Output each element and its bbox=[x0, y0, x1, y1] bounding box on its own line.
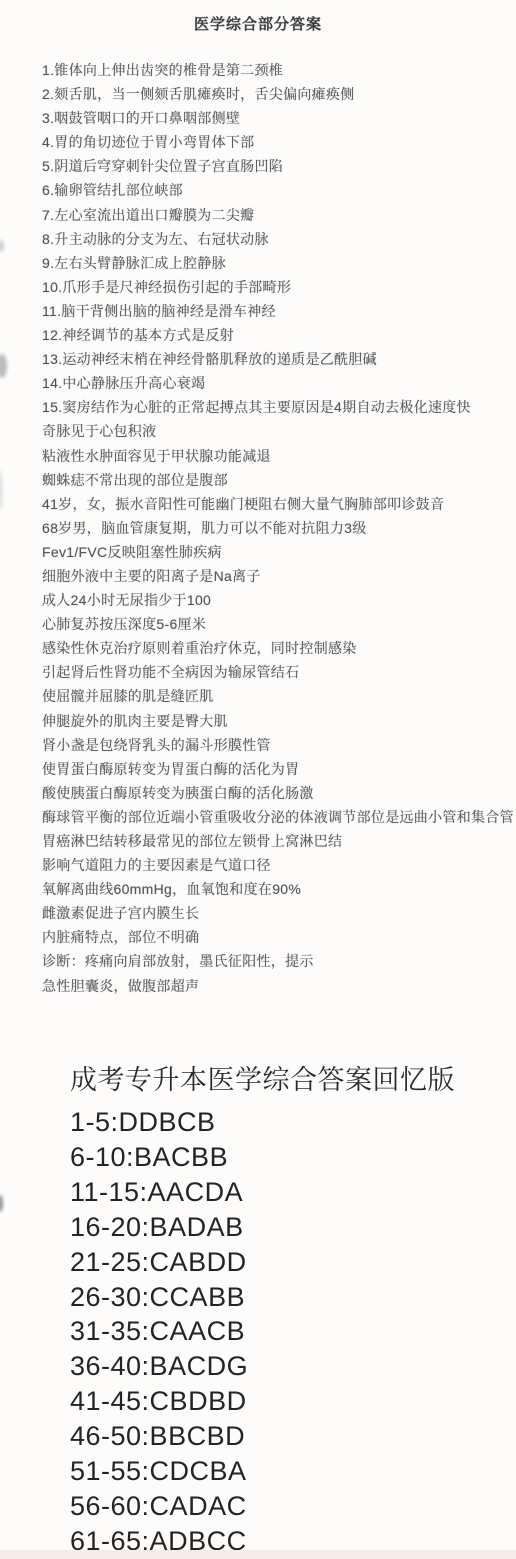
note-line: Fev1/FVC反映阻塞性肺疾病 bbox=[42, 540, 512, 564]
medical-notes-list: 1.锥体向上伸出齿突的椎骨是第二颈椎2.颏舌肌，当一侧颏舌肌瘫痪时，舌尖偏向瘫痪… bbox=[42, 58, 512, 998]
note-line: 2.颏舌肌，当一侧颏舌肌瘫痪时，舌尖偏向瘫痪侧 bbox=[42, 82, 512, 106]
note-line: 内脏痛特点，部位不明确 bbox=[42, 925, 512, 949]
document-page: 医学综合部分答案 1.锥体向上伸出齿突的椎骨是第二颈椎2.颏舌肌，当一侧颏舌肌瘫… bbox=[0, 0, 516, 1559]
answer-key-line: 1-5:DDBCB bbox=[70, 1105, 516, 1140]
note-line: 3.咽鼓管咽口的开口鼻咽部侧壁 bbox=[42, 106, 512, 130]
answer-key-line: 11-15:AACDA bbox=[70, 1175, 516, 1210]
note-line: 6.输卵管结扎部位峡部 bbox=[42, 178, 512, 202]
answer-key-line: 16-20:BADAB bbox=[70, 1210, 516, 1245]
note-line: 使胃蛋白酶原转变为胃蛋白酶的活化为胃 bbox=[42, 757, 512, 781]
note-line: 12.神经调节的基本方式是反射 bbox=[42, 323, 512, 347]
section2-title: 成考专升本医学综合答案回忆版 bbox=[70, 1058, 516, 1097]
note-line: 使屈髋并屈膝的肌是缝匠肌 bbox=[42, 684, 512, 708]
answer-key-line: 56-60:CADAC bbox=[70, 1489, 516, 1524]
scan-artifact bbox=[0, 240, 4, 252]
note-line: 伸腿旋外的肌肉主要是臀大肌 bbox=[42, 709, 512, 733]
note-line: 细胞外液中主要的阳离子是Na离子 bbox=[42, 564, 512, 588]
note-line: 15.窦房结作为心脏的正常起搏点其主要原因是4期自动去极化速度快 bbox=[42, 395, 512, 419]
note-line: 酶球管平衡的部位近端小管重吸收分泌的体液调节部位是远曲小管和集合管 bbox=[42, 805, 512, 829]
answer-key-line: 41-45:CBDBD bbox=[70, 1384, 516, 1419]
note-line: 5.阴道后穹穿刺针尖位置子宫直肠凹陷 bbox=[42, 154, 512, 178]
answer-key-line: 31-35:CAACB bbox=[70, 1314, 516, 1349]
note-line: 7.左心室流出道出口瓣膜为二尖瓣 bbox=[42, 203, 512, 227]
answer-key-line: 21-25:CABDD bbox=[70, 1245, 516, 1280]
note-line: 1.锥体向上伸出齿突的椎骨是第二颈椎 bbox=[42, 58, 512, 82]
answer-key-line: 46-50:BBCBD bbox=[70, 1419, 516, 1454]
note-line: 成人24小时无尿指少于100 bbox=[42, 588, 512, 612]
scan-artifact bbox=[0, 354, 7, 378]
note-line: 68岁男，脑血管康复期，肌力可以不能对抗阻力3级 bbox=[42, 516, 512, 540]
note-line: 氧解离曲线60mmHg，血氧饱和度在90% bbox=[42, 877, 512, 901]
note-line: 诊断：疼痛向肩部放射，墨氏征阳性，提示 bbox=[42, 949, 512, 973]
note-line: 引起肾后性肾功能不全病因为输尿管结石 bbox=[42, 660, 512, 684]
note-line: 11.脑干背侧出脑的脑神经是滑车神经 bbox=[42, 299, 512, 323]
note-line: 8.升主动脉的分支为左、右冠状动脉 bbox=[42, 227, 512, 251]
answer-key-line: 6-10:BACBB bbox=[70, 1140, 516, 1175]
note-line: 蜘蛛痣不常出现的部位是腹部 bbox=[42, 468, 512, 492]
bottom-edge-strip bbox=[0, 1550, 516, 1559]
note-line: 胃癌淋巴结转移最常见的部位左锁骨上窝淋巴结 bbox=[42, 829, 512, 853]
scan-artifact bbox=[0, 470, 3, 510]
note-line: 4.胃的角切迹位于胃小弯胃体下部 bbox=[42, 130, 512, 154]
answer-key-list: 1-5:DDBCB6-10:BACBB11-15:AACDA16-20:BADA… bbox=[70, 1105, 516, 1559]
note-line: 9.左右头臂静脉汇成上腔静脉 bbox=[42, 251, 512, 275]
note-line: 41岁，女，振水音阳性可能幽门梗阻右侧大量气胸肺部叩诊鼓音 bbox=[42, 492, 512, 516]
section1-title: 医学综合部分答案 bbox=[0, 13, 516, 34]
note-line: 13.运动神经末梢在神经骨骼肌释放的递质是乙酰胆碱 bbox=[42, 347, 512, 371]
note-line: 奇脉见于心包积液 bbox=[42, 419, 512, 443]
note-line: 雌激素促进子宫内膜生长 bbox=[42, 901, 512, 925]
note-line: 急性胆囊炎，做腹部超声 bbox=[42, 974, 512, 998]
answer-key-line: 36-40:BACDG bbox=[70, 1349, 516, 1384]
answer-key-line: 26-30:CCABB bbox=[70, 1280, 516, 1315]
note-line: 肾小盏是包绕肾乳头的漏斗形膜性管 bbox=[42, 733, 512, 757]
note-line: 酸使胰蛋白酶原转变为胰蛋白酶的活化肠激 bbox=[42, 781, 512, 805]
note-line: 感染性休克治疗原则着重治疗休克，同时控制感染 bbox=[42, 636, 512, 660]
note-line: 14.中心静脉压升高心衰竭 bbox=[42, 371, 512, 395]
note-line: 心肺复苏按压深度5-6厘米 bbox=[42, 612, 512, 636]
note-line: 粘液性水肿面容见于甲状腺功能减退 bbox=[42, 444, 512, 468]
note-line: 影响气道阻力的主要因素是气道口径 bbox=[42, 853, 512, 877]
answer-key-section: 成考专升本医学综合答案回忆版 1-5:DDBCB6-10:BACBB11-15:… bbox=[0, 1058, 516, 1559]
note-line: 10.爪形手是尺神经损伤引起的手部畸形 bbox=[42, 275, 512, 299]
answer-key-line: 51-55:CDCBA bbox=[70, 1454, 516, 1489]
